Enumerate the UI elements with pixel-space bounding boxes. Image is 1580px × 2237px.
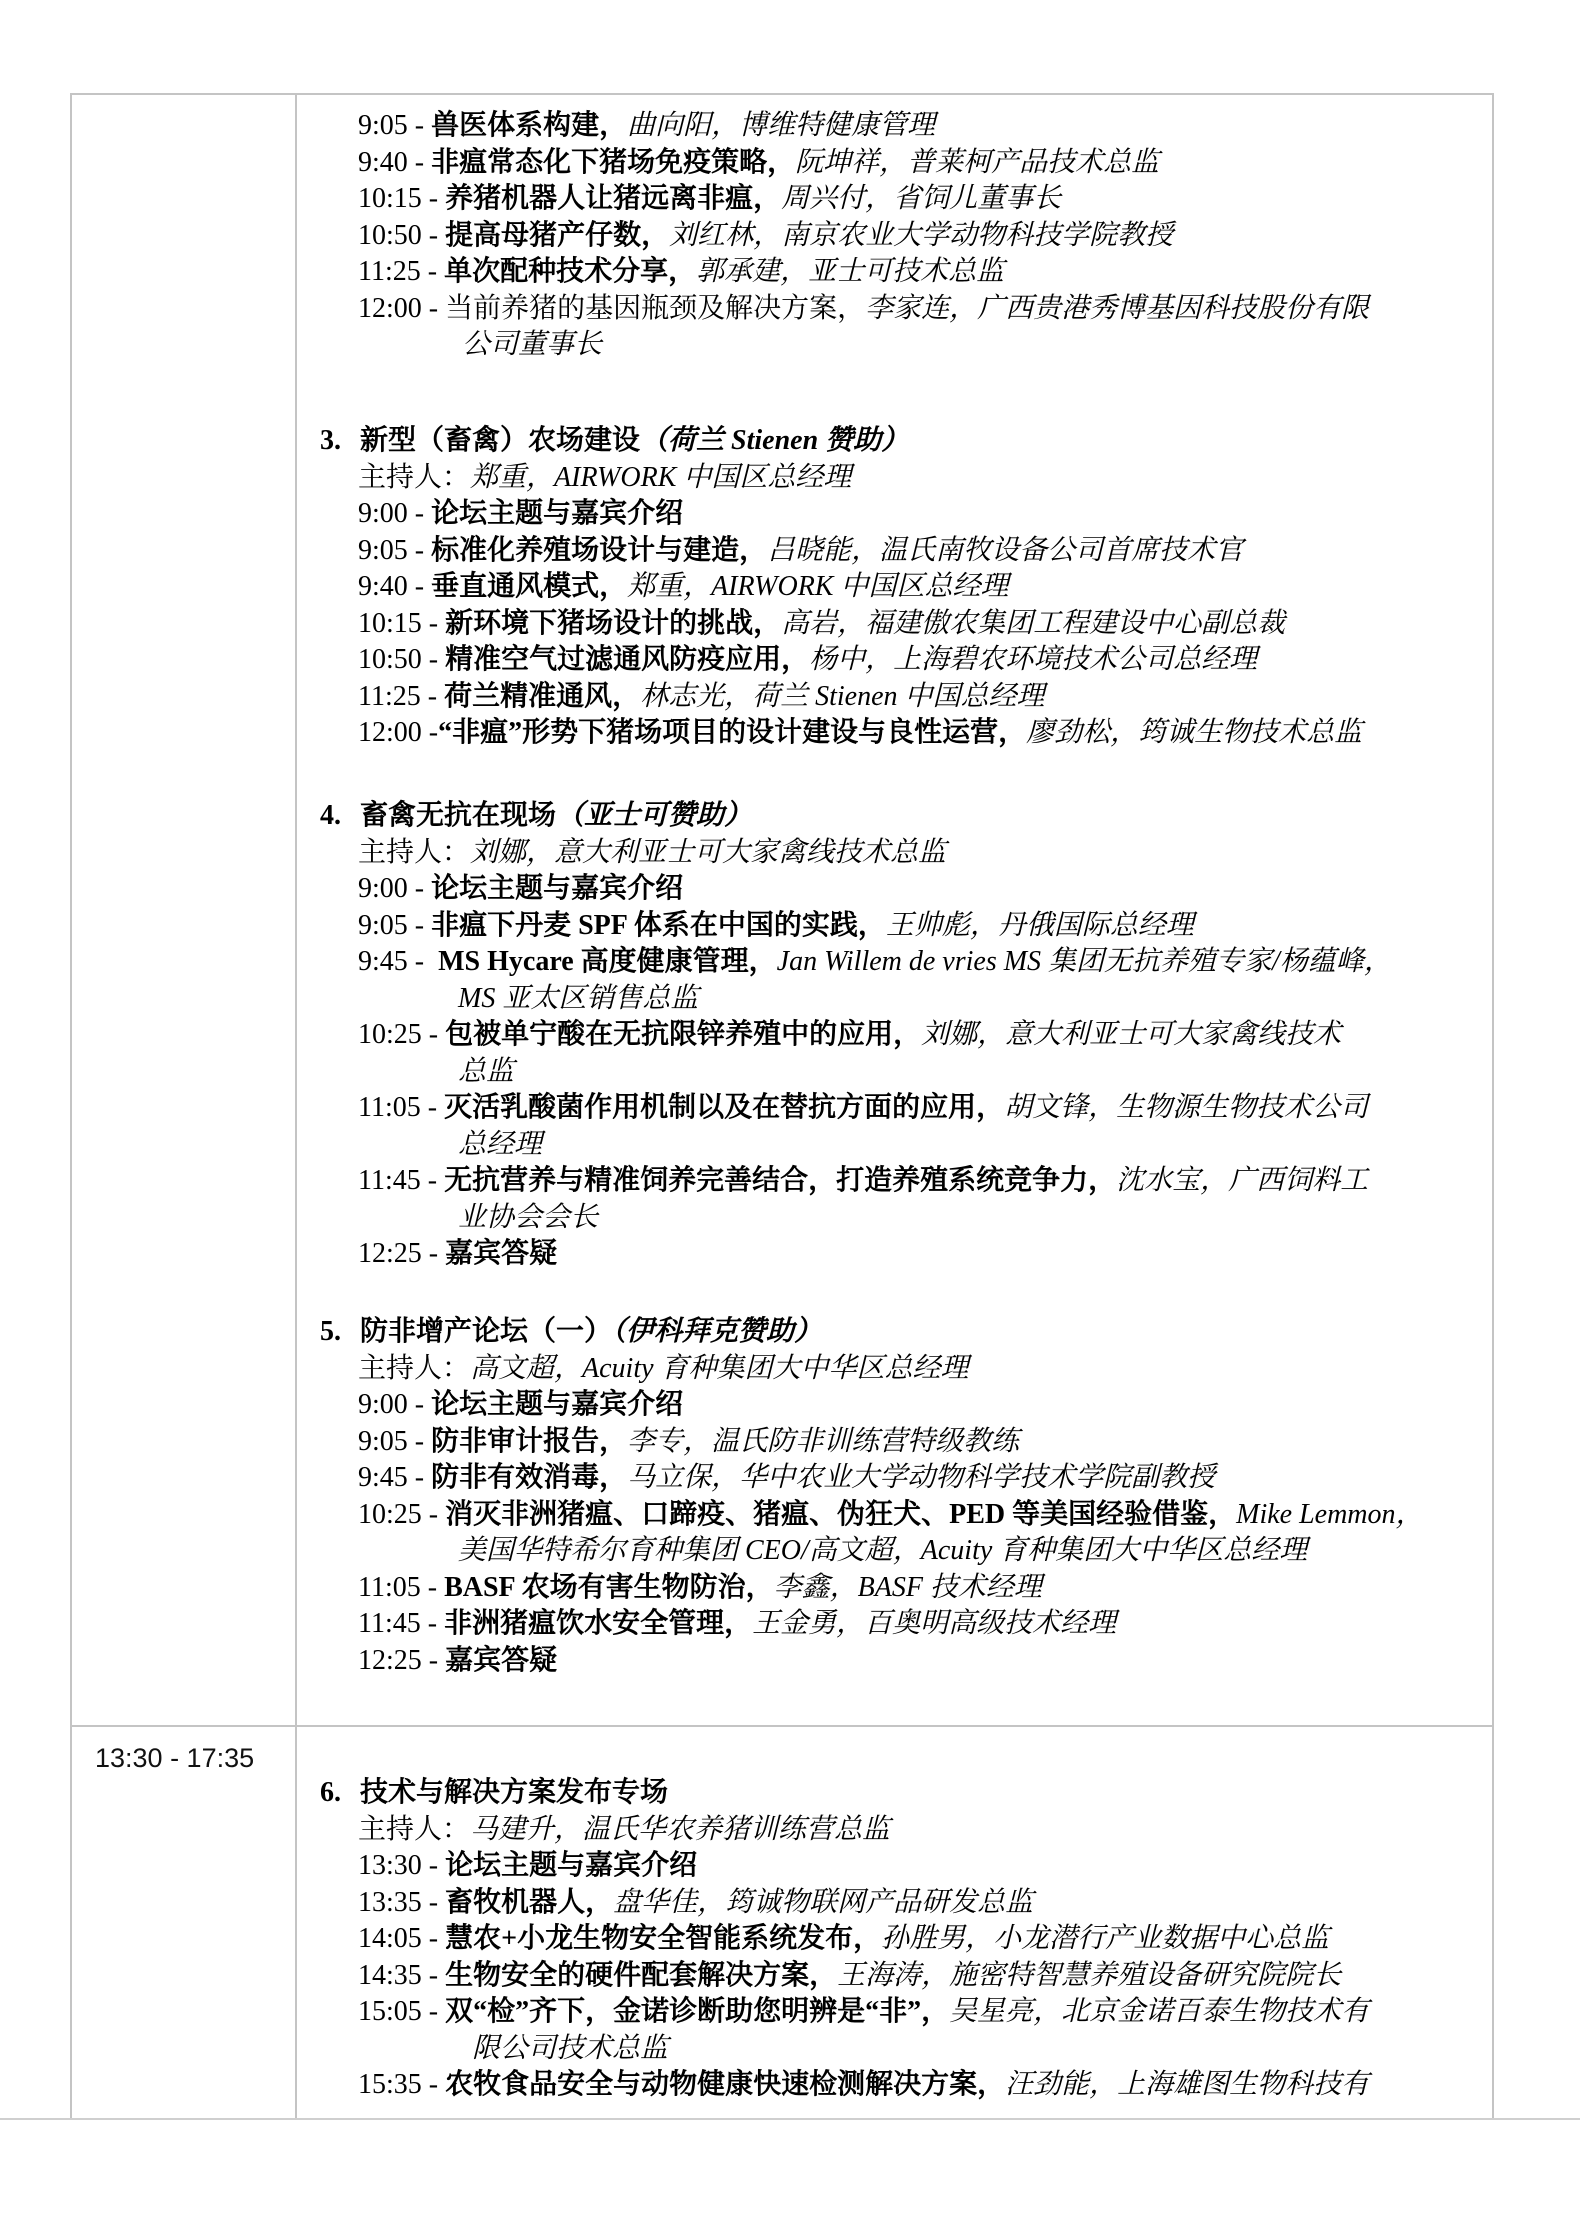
speaker-affiliation-text: 孙胜男，小龙潜行产业数据中心总监: [881, 1923, 1329, 1954]
talk-line: 9:00 - 论坛主题与嘉宾介绍: [320, 871, 1392, 908]
talk-time: 12:00 -: [358, 717, 438, 748]
session-number: 4.: [320, 798, 360, 835]
table-border-left: [70, 93, 72, 2119]
speaker-affiliation-text: 李鑫，BASF 技术经理: [774, 1572, 1042, 1603]
speaker-affiliation-text: MS 亚太区销售总监: [458, 983, 698, 1014]
talk-title-text: MS Hycare 高度健康管理，: [438, 946, 777, 977]
talk-title-text: 荷兰精准通风，: [444, 681, 640, 712]
talk-line: 10:15 - 养猪机器人让猪远离非瘟，周兴付，省饲儿董事长: [320, 181, 1369, 218]
talk-title-text: 精准空气过滤通风防疫应用，: [445, 644, 809, 675]
speaker-affiliation-text: 公司董事长: [462, 329, 602, 360]
talk-title-text: 新环境下猪场设计的挑战，: [445, 608, 781, 639]
talk-line: 9:45 - MS Hycare 高度健康管理，Jan Willem de vr…: [320, 944, 1392, 981]
talk-title-text: 慧农+小龙生物安全智能系统发布，: [445, 1923, 881, 1954]
session-host-line: 主持人：高文超，Acuity 育种集团大中华区总经理: [320, 1351, 1424, 1388]
session-3-new-farm: 3.新型（畜禽）农场建设（荷兰 Stienen 赞助）主持人：郑重，AIRWOR…: [320, 423, 1362, 752]
talk-time: 10:50 -: [358, 644, 445, 675]
talk-time: 11:45 -: [358, 1608, 444, 1639]
table-border-right: [1492, 93, 1494, 2119]
speaker-affiliation-text: 廖劲松，筠诚生物技术总监: [1026, 717, 1362, 748]
talk-time: 15:35 -: [358, 2069, 445, 2100]
speaker-affiliation-text: 吕晓能，温氏南牧设备公司首席技术官: [767, 535, 1243, 566]
talk-time: 9:45 -: [358, 946, 438, 977]
sponsor-text: （亚士可赞助）: [556, 800, 752, 831]
session-header: 6.技术与解决方案发布专场: [320, 1775, 1369, 1812]
talk-title-text: 论坛主题与嘉宾介绍: [445, 1850, 697, 1881]
talk-title-text: 论坛主题与嘉宾介绍: [431, 873, 683, 904]
speaker-affiliation-text: 业协会会长: [458, 1202, 598, 1233]
talk-title-text: 非瘟常态化下猪场免疫策略，: [431, 147, 795, 178]
talk-line: 15:05 - 双“检”齐下，金诺诊断助您明辨是“非”，吴星亮，北京金诺百泰生物…: [320, 1994, 1369, 2031]
speaker-affiliation-text: 刘红林，南京农业大学动物科技学院教授: [669, 220, 1173, 251]
table-row-divider: [70, 1725, 1494, 1727]
host-label: 主持人：: [358, 1353, 470, 1384]
speaker-affiliation-text: 郑重，AIRWORK 中国区总经理: [470, 462, 851, 493]
speaker-affiliation-text: Mike Lemmon，: [1236, 1499, 1423, 1530]
talk-title-text: 无抗营养与精准饲养完善结合，打造养殖系统竞争力，: [444, 1165, 1116, 1196]
session-header: 4.畜禽无抗在现场（亚士可赞助）: [320, 798, 1392, 835]
talk-time: 12:25 -: [358, 1238, 445, 1269]
talk-line: 15:35 - 农牧食品安全与动物健康快速检测解决方案，汪劲能，上海雄图生物科技…: [320, 2067, 1369, 2104]
talk-title-text: 兽医体系构建，: [431, 110, 627, 141]
speaker-affiliation-text: 总监: [458, 1056, 514, 1087]
speaker-affiliation-text: 马建升，温氏华农养猪训练营总监: [470, 1814, 890, 1845]
talk-time: 10:25 -: [358, 1499, 445, 1530]
talk-time: 12:00 -: [358, 293, 445, 324]
talk-title-text: 技术与解决方案发布专场: [360, 1777, 668, 1808]
talk-time: 9:00 -: [358, 498, 431, 529]
speaker-affiliation-text: 郑重，AIRWORK 中国区总经理: [627, 571, 1008, 602]
talk-line: 9:05 - 标准化养殖场设计与建造，吕晓能，温氏南牧设备公司首席技术官: [320, 533, 1362, 570]
sponsor-text: （荷兰 Stienen 赞助）: [640, 425, 909, 456]
talk-time: 9:00 -: [358, 873, 431, 904]
talk-title-text: 双“检”齐下，金诺诊断助您明辨是“非”，: [445, 1996, 949, 2027]
talk-time: 11:25 -: [358, 681, 444, 712]
speaker-affiliation-text: 王海涛，施密特智慧养殖设备研究院院长: [837, 1960, 1341, 1991]
talk-line: 13:30 - 论坛主题与嘉宾介绍: [320, 1848, 1369, 1885]
talk-title-text: 提高母猪产仔数，: [445, 220, 669, 251]
talk-title-text: 非洲猪瘟饮水安全管理，: [444, 1608, 752, 1639]
talk-title-text: 嘉宾答疑: [445, 1645, 557, 1676]
session-5-asf-forum: 5.防非增产论坛（一）（伊科拜克赞助）主持人：高文超，Acuity 育种集团大中…: [320, 1314, 1424, 1679]
talk-continuation-line: 美国华特希尔育种集团 CEO/高文超，Acuity 育种集团大中华区总经理: [320, 1533, 1424, 1570]
talk-title-text: 防非有效消毒，: [431, 1462, 627, 1493]
talk-title-text: 标准化养殖场设计与建造，: [431, 535, 767, 566]
talk-line: 9:05 - 兽医体系构建，曲向阳，博维特健康管理: [320, 108, 1369, 145]
talk-title-text: 单次配种技术分享，: [444, 256, 696, 287]
talk-title-text: 防非增产论坛（一）: [360, 1316, 612, 1347]
speaker-affiliation-text: 汪劲能，上海雄图生物科技有: [1005, 2069, 1369, 2100]
talk-title-text: 垂直通风模式，: [431, 571, 627, 602]
talk-title-text: 农牧食品安全与动物健康快速检测解决方案，: [445, 2069, 1005, 2100]
talk-line: 12:00 -“非瘟”形势下猪场项目的设计建设与良性运营，廖劲松，筠诚生物技术总…: [320, 715, 1362, 752]
talk-time: 13:30 -: [358, 1850, 445, 1881]
talk-time: 11:05 -: [358, 1572, 444, 1603]
talk-title-text: “非瘟”形势下猪场项目的设计建设与良性运营，: [438, 717, 1026, 748]
talk-time: 14:05 -: [358, 1923, 445, 1954]
host-label: 主持人：: [358, 462, 470, 493]
speaker-affiliation-text: 李家连，广西贵港秀博基因科技股份有限: [865, 293, 1369, 324]
talk-line: 9:40 - 垂直通风模式，郑重，AIRWORK 中国区总经理: [320, 569, 1362, 606]
talk-time: 11:45 -: [358, 1165, 444, 1196]
session-host-line: 主持人：马建升，温氏华农养猪训练营总监: [320, 1812, 1369, 1849]
talk-time: 9:05 -: [358, 110, 431, 141]
talk-line: 11:45 - 无抗营养与精准饲养完善结合，打造养殖系统竞争力，沈水宝，广西饲料…: [320, 1163, 1392, 1200]
talk-time: 11:05 -: [358, 1092, 444, 1123]
speaker-affiliation-text: Jan Willem de vries MS 集团无抗养殖专家/杨蕴峰，: [777, 946, 1392, 977]
talk-line: 10:25 - 包被单宁酸在无抗限锌养殖中的应用，刘娜，意大利亚士可大家禽线技术: [320, 1017, 1392, 1054]
talk-time: 14:35 -: [358, 1960, 445, 1991]
time-range-cell: 13:30 - 17:35: [95, 1740, 254, 1777]
talk-line: 9:40 - 非瘟常态化下猪场免疫策略，阮坤祥，普莱柯产品技术总监: [320, 145, 1369, 182]
talk-title-text: 新型（畜禽）农场建设: [360, 425, 640, 456]
talk-line: 14:05 - 慧农+小龙生物安全智能系统发布，孙胜男，小龙潜行产业数据中心总监: [320, 1921, 1369, 1958]
talk-continuation-line: 业协会会长: [320, 1200, 1392, 1237]
document-page: 13:30 - 17:35 9:05 - 兽医体系构建，曲向阳，博维特健康管理9…: [0, 0, 1580, 2237]
talk-line: 11:25 - 单次配种技术分享，郭承建，亚士可技术总监: [320, 254, 1369, 291]
talk-time: 9:05 -: [358, 535, 431, 566]
talk-continuation-line: 总监: [320, 1054, 1392, 1091]
speaker-affiliation-text: 胡文锋，生物源生物技术公司: [1004, 1092, 1368, 1123]
session-number: 3.: [320, 423, 360, 460]
talk-title-text: 养猪机器人让猪远离非瘟，: [445, 183, 781, 214]
talk-time: 15:05 -: [358, 1996, 445, 2027]
session-6-tech-solutions: 6.技术与解决方案发布专场主持人：马建升，温氏华农养猪训练营总监13:30 - …: [320, 1775, 1369, 2104]
talk-line: 11:25 - 荷兰精准通风，林志光，荷兰 Stienen 中国总经理: [320, 679, 1362, 716]
talk-continuation-line: 总经理: [320, 1127, 1392, 1164]
talk-line: 11:05 - 灭活乳酸菌作用机制以及在替抗方面的应用，胡文锋，生物源生物技术公…: [320, 1090, 1392, 1127]
talk-title-text: 畜牧机器人，: [445, 1887, 613, 1918]
session-number: 5.: [320, 1314, 360, 1351]
session-host-line: 主持人：刘娜，意大利亚士可大家禽线技术总监: [320, 835, 1392, 872]
talk-line: 10:50 - 精准空气过滤通风防疫应用，杨中，上海碧农环境技术公司总经理: [320, 642, 1362, 679]
talk-title-text: 论坛主题与嘉宾介绍: [431, 1389, 683, 1420]
host-label: 主持人：: [358, 1814, 470, 1845]
speaker-affiliation-text: 刘娜，意大利亚士可大家禽线技术: [921, 1019, 1341, 1050]
talk-title-text: 生物安全的硬件配套解决方案，: [445, 1960, 837, 1991]
talk-line: 10:50 - 提高母猪产仔数，刘红林，南京农业大学动物科技学院教授: [320, 218, 1369, 255]
speaker-affiliation-text: 高岩，福建傲农集团工程建设中心副总裁: [781, 608, 1285, 639]
talk-time: 9:05 -: [358, 910, 431, 941]
talk-line: 13:35 - 畜牧机器人，盘华佳，筠诚物联网产品研发总监: [320, 1885, 1369, 1922]
talk-line: 9:00 - 论坛主题与嘉宾介绍: [320, 496, 1362, 533]
talk-title-text: 畜禽无抗在现场: [360, 800, 556, 831]
talk-continuation-line: 公司董事长: [320, 327, 1369, 364]
session-4-antibiotic-free: 4.畜禽无抗在现场（亚士可赞助）主持人：刘娜，意大利亚士可大家禽线技术总监9:0…: [320, 798, 1392, 1273]
talk-line: 9:05 - 非瘟下丹麦 SPF 体系在中国的实践，王帅彪，丹俄国际总经理: [320, 908, 1392, 945]
speaker-affiliation-text: 限公司技术总监: [472, 2033, 668, 2064]
talk-line: 9:05 - 防非审计报告，李专，温氏防非训练营特级教练: [320, 1424, 1424, 1461]
talk-title-text: BASF 农场有害生物防治，: [444, 1572, 774, 1603]
speaker-affiliation-text: 吴星亮，北京金诺百泰生物技术有: [949, 1996, 1369, 2027]
page-break-line: [0, 2118, 1580, 2120]
talk-time: 10:15 -: [358, 183, 445, 214]
table-border-top: [70, 93, 1494, 95]
speaker-affiliation-text: 林志光，荷兰 Stienen 中国总经理: [640, 681, 1044, 712]
speaker-affiliation-text: 沈水宝，广西饲料工: [1116, 1165, 1368, 1196]
talk-line: 10:15 - 新环境下猪场设计的挑战，高岩，福建傲农集团工程建设中心副总裁: [320, 606, 1362, 643]
talk-time: 9:05 -: [358, 1426, 431, 1457]
talk-time: 9:40 -: [358, 147, 431, 178]
talk-line: 9:45 - 防非有效消毒，马立保，华中农业大学动物科学技术学院副教授: [320, 1460, 1424, 1497]
speaker-affiliation-text: 杨中，上海碧农环境技术公司总经理: [809, 644, 1257, 675]
speaker-affiliation-text: 王帅彪，丹俄国际总经理: [886, 910, 1194, 941]
talk-line: 12:25 - 嘉宾答疑: [320, 1643, 1424, 1680]
talk-line: 12:25 - 嘉宾答疑: [320, 1236, 1392, 1273]
sponsor-text: （伊科拜克赞助）: [612, 1316, 822, 1347]
talk-continuation-line: MS 亚太区销售总监: [320, 981, 1392, 1018]
talk-time: 10:25 -: [358, 1019, 445, 1050]
speaker-affiliation-text: 郭承建，亚士可技术总监: [696, 256, 1004, 287]
speaker-affiliation-text: 盘华佳，筠诚物联网产品研发总监: [613, 1887, 1033, 1918]
speaker-affiliation-text: 阮坤祥，普莱柯产品技术总监: [795, 147, 1159, 178]
session-host-line: 主持人：郑重，AIRWORK 中国区总经理: [320, 460, 1362, 497]
session-header: 3.新型（畜禽）农场建设（荷兰 Stienen 赞助）: [320, 423, 1362, 460]
talk-line: 14:35 - 生物安全的硬件配套解决方案，王海涛，施密特智慧养殖设备研究院院长: [320, 1958, 1369, 1995]
talk-time: 13:35 -: [358, 1887, 445, 1918]
talk-title-text: 消灭非洲猪瘟、口蹄疫、猪瘟、伪狂犬、PED 等美国经验借鉴，: [445, 1499, 1236, 1530]
talk-time: 12:25 -: [358, 1645, 445, 1676]
speaker-affiliation-text: 刘娜，意大利亚士可大家禽线技术总监: [470, 837, 946, 868]
talk-title-text: 非瘟下丹麦 SPF 体系在中国的实践，: [431, 910, 886, 941]
talk-title-text: 包被单宁酸在无抗限锌养殖中的应用，: [445, 1019, 921, 1050]
speaker-affiliation-text: 总经理: [458, 1129, 542, 1160]
session-number: 6.: [320, 1775, 360, 1812]
talk-line: 11:45 - 非洲猪瘟饮水安全管理，王金勇，百奥明高级技术经理: [320, 1606, 1424, 1643]
session-header: 5.防非增产论坛（一）（伊科拜克赞助）: [320, 1314, 1424, 1351]
talk-time: 9:40 -: [358, 571, 431, 602]
talk-line: 10:25 - 消灭非洲猪瘟、口蹄疫、猪瘟、伪狂犬、PED 等美国经验借鉴，Mi…: [320, 1497, 1424, 1534]
talk-line: 11:05 - BASF 农场有害生物防治，李鑫，BASF 技术经理: [320, 1570, 1424, 1607]
speaker-affiliation-text: 王金勇，百奥明高级技术经理: [752, 1608, 1116, 1639]
speaker-affiliation-text: 李专，温氏防非训练营特级教练: [627, 1426, 1019, 1457]
session-2-continuation: 9:05 - 兽医体系构建，曲向阳，博维特健康管理9:40 - 非瘟常态化下猪场…: [320, 108, 1369, 364]
table-column-divider: [295, 93, 297, 2119]
talk-title-text: 论坛主题与嘉宾介绍: [431, 498, 683, 529]
talk-time: 10:50 -: [358, 220, 445, 251]
speaker-affiliation-text: 美国华特希尔育种集团 CEO/高文超，Acuity 育种集团大中华区总经理: [458, 1535, 1307, 1566]
talk-time: 9:00 -: [358, 1389, 431, 1420]
talk-continuation-line: 限公司技术总监: [320, 2031, 1369, 2068]
talk-title-text: 防非审计报告，: [431, 1426, 627, 1457]
talk-line: 9:00 - 论坛主题与嘉宾介绍: [320, 1387, 1424, 1424]
talk-title-text: 灭活乳酸菌作用机制以及在替抗方面的应用，: [444, 1092, 1004, 1123]
talk-time: 10:15 -: [358, 608, 445, 639]
talk-title-text: 嘉宾答疑: [445, 1238, 557, 1269]
host-label: 主持人：: [358, 837, 470, 868]
speaker-affiliation-text: 曲向阳，博维特健康管理: [627, 110, 935, 141]
talk-time: 11:25 -: [358, 256, 444, 287]
speaker-affiliation-text: 高文超，Acuity 育种集团大中华区总经理: [470, 1353, 969, 1384]
speaker-affiliation-text: 马立保，华中农业大学动物科学技术学院副教授: [627, 1462, 1215, 1493]
speaker-affiliation-text: 周兴付，省饲儿董事长: [781, 183, 1061, 214]
talk-time: 9:45 -: [358, 1462, 431, 1493]
talk-line: 12:00 - 当前养猪的基因瓶颈及解决方案，李家连，广西贵港秀博基因科技股份有…: [320, 291, 1369, 328]
talk-title-text: 当前养猪的基因瓶颈及解决方案，: [445, 293, 865, 324]
